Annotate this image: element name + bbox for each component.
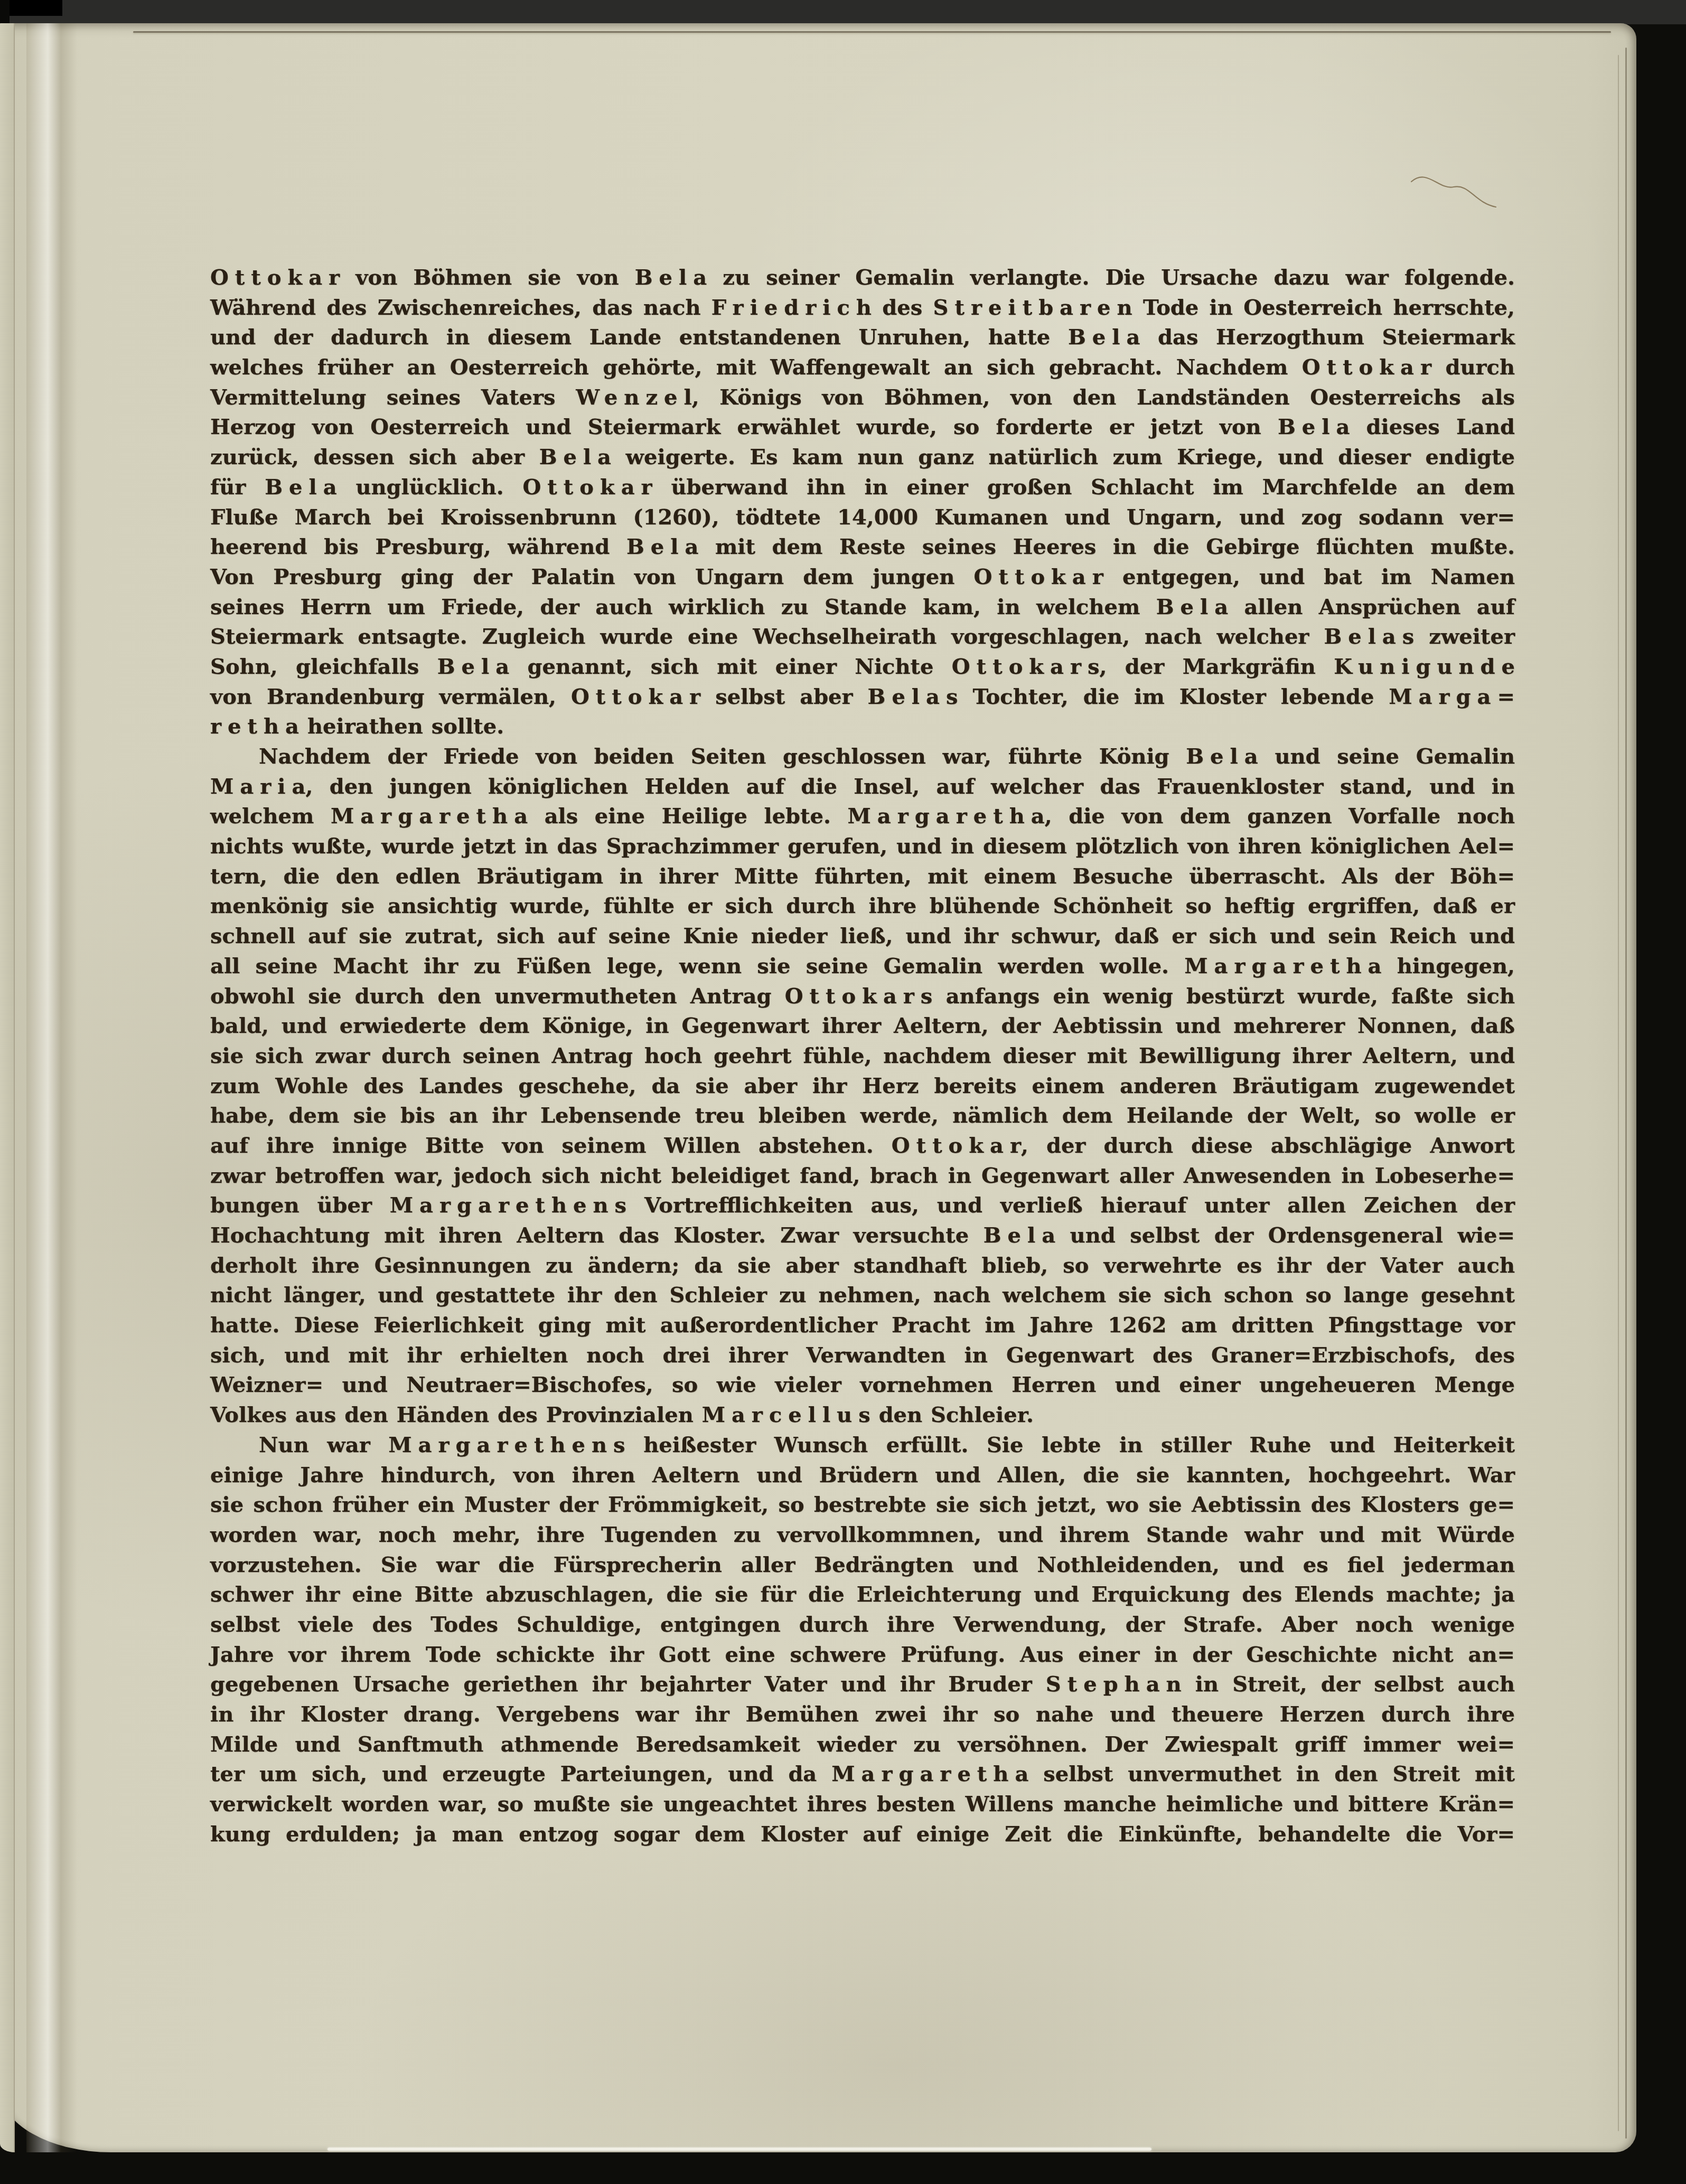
text-line: für Bela unglücklich. Ottokar überwand i… <box>210 473 1515 503</box>
text-line: auf ihre innige Bitte von seinem Willen … <box>210 1131 1515 1161</box>
page-fold-crease <box>26 23 77 2152</box>
text-line: zum Wohle des Landes geschehe, da sie ab… <box>210 1071 1515 1102</box>
text-line: Jahre vor ihrem Tode schickte ihr Gott e… <box>210 1640 1515 1670</box>
text-line: sich, und mit ihr erhielten noch drei ih… <box>210 1341 1515 1371</box>
text-line: habe, dem sie bis an ihr Lebensende treu… <box>210 1101 1515 1131</box>
letterspaced-name: Belas <box>1324 624 1420 649</box>
text-line: nicht länger, und gestattete ihr den Sch… <box>210 1281 1515 1311</box>
letterspaced-name: Margaretha <box>331 804 534 829</box>
book-page: Ottokar von Böhmen sie von Bela zu seine… <box>0 23 1636 2152</box>
letterspaced-name: Ottokar <box>892 1133 1027 1158</box>
letterspaced-name: Ottokar <box>210 265 346 290</box>
letterspaced-name: Bela <box>539 445 617 469</box>
letterspaced-name: Ottokar <box>1302 355 1438 380</box>
letterspaced-name: Margaretha <box>848 804 1051 829</box>
text-line: Vermittelung seines Vaters Wenzel, König… <box>210 383 1515 413</box>
text-line: hatte. Diese Feierlichkeit ging mit auße… <box>210 1311 1515 1341</box>
text-line: ter um sich, und erzeugte Parteiungen, u… <box>210 1759 1515 1790</box>
text-line: Milde und Sanftmuth athmende Beredsamkei… <box>210 1730 1515 1760</box>
text-line: Weizner= und Neutraer=Bischofes, so wie … <box>210 1370 1515 1400</box>
text-line: nichts wußte, wurde jetzt in das Sprachz… <box>210 832 1515 862</box>
letterspaced-name: Kunigunde <box>1334 654 1521 679</box>
letterspaced-name: Margarethens <box>388 1433 631 1457</box>
text-line: bungen über Margarethens Vortrefflichkei… <box>210 1191 1515 1221</box>
text-line: kung erdulden; ja man entzog sogar dem K… <box>210 1820 1515 1850</box>
text-line: tern, die den edlen Bräutigam in ihrer M… <box>210 862 1515 892</box>
text-line: welches früher an Oesterreich gehörte, m… <box>210 353 1515 383</box>
letterspaced-name: Maria <box>210 774 312 799</box>
text-line: Maria, den jungen königlichen Helden auf… <box>210 772 1515 802</box>
letterspaced-name: Bela <box>1278 415 1356 439</box>
text-line: Steiermark entsagte. Zugleich wurde eine… <box>210 622 1515 652</box>
scan-top-band <box>0 0 1686 24</box>
page-top-edge-line <box>133 31 1611 33</box>
text-line: von Brandenburg vermälen, Ottokar selbst… <box>210 682 1515 712</box>
letterspaced-name: Bela <box>635 265 713 290</box>
letterspaced-name: Belas <box>868 684 964 709</box>
text-line: zwar betroffen war, jedoch sich nicht be… <box>210 1161 1515 1191</box>
text-line: sie schon früher ein Muster der Frömmigk… <box>210 1490 1515 1520</box>
text-line: einige Jahre hindurch, von ihren Aeltern… <box>210 1461 1515 1491</box>
page-text: Ottokar von Böhmen sie von Bela zu seine… <box>210 263 1515 1849</box>
letterspaced-name: Bela <box>265 475 343 500</box>
text-line: schwer ihr eine Bitte abzuschlagen, die … <box>210 1580 1515 1610</box>
scanned-book-page-screen: Ottokar von Böhmen sie von Bela zu seine… <box>0 0 1686 2184</box>
page-right-edge-line-outer <box>1625 48 1627 2139</box>
text-line: vorzustehen. Sie war die Fürsprecherin a… <box>210 1550 1515 1580</box>
text-line: seines Herrn um Friede, der auch wirklic… <box>210 592 1515 623</box>
letterspaced-name: retha <box>210 714 305 739</box>
text-line: verwickelt worden war, so mußte sie unge… <box>210 1790 1515 1820</box>
text-line: Nun war Margarethens heißester Wunsch er… <box>210 1430 1515 1461</box>
letterspaced-name: Marga= <box>1389 684 1521 709</box>
text-line: selbst viele des Todes Schuldige, entgin… <box>210 1610 1515 1640</box>
letterspaced-name: Ottokars <box>785 984 939 1009</box>
letterspaced-name: Margaretha <box>1184 954 1388 978</box>
text-line: heerend bis Presburg, während Bela mit d… <box>210 532 1515 562</box>
letterspaced-name: Bela <box>1186 744 1264 769</box>
text-line: welchem Margaretha als eine Heilige lebt… <box>210 802 1515 832</box>
text-line: bald, und erwiederte dem Könige, in Gege… <box>210 1011 1515 1041</box>
letterspaced-name: Ottokar <box>522 475 658 500</box>
letterspaced-name: Bela <box>984 1223 1062 1248</box>
letterspaced-name: Bela <box>437 654 516 679</box>
text-line: all seine Macht ihr zu Füßen lege, wenn … <box>210 952 1515 982</box>
letterspaced-name: Bela <box>1068 325 1146 350</box>
text-line: Fluße March bei Kroissenbrunn (1260), tö… <box>210 503 1515 533</box>
text-line: Ottokar von Böhmen sie von Bela zu seine… <box>210 263 1515 293</box>
text-line: schnell auf sie zutrat, sich auf seine K… <box>210 921 1515 952</box>
text-line: worden war, noch mehr, ihre Tugenden zu … <box>210 1520 1515 1550</box>
text-line: Von Presburg ging der Palatin von Ungarn… <box>210 562 1515 592</box>
text-line: menkönig sie ansichtig wurde, fühlte er … <box>210 891 1515 921</box>
letterspaced-name: Bela <box>626 534 705 559</box>
page-right-edge-line-inner <box>1618 55 1619 2131</box>
letterspaced-name: Margarethens <box>390 1193 633 1218</box>
text-line: und der dadurch in diesem Lande entstand… <box>210 323 1515 353</box>
paper-fiber <box>1405 165 1516 223</box>
letterspaced-name: Marcellus <box>702 1402 877 1427</box>
under-page-edge <box>0 23 15 2152</box>
text-line: Hochachtung mit ihren Aeltern das Kloste… <box>210 1221 1515 1251</box>
letterspaced-name: Wenzel <box>576 385 698 410</box>
text-line: derholt ihre Gesinnungen zu ändern; da s… <box>210 1251 1515 1281</box>
letterspaced-name: Bela <box>1156 595 1234 619</box>
letterspaced-name: Streitbaren <box>933 295 1139 320</box>
text-line: Während des Zwischenreiches, das nach Fr… <box>210 293 1515 323</box>
text-line: Nachdem der Friede von beiden Seiten ges… <box>210 742 1515 772</box>
text-line: retha heirathen sollte. <box>210 712 1515 742</box>
letterspaced-name: Friedrich <box>711 295 878 320</box>
text-line: gegebenen Ursache geriethen ihr bejahrte… <box>210 1670 1515 1700</box>
text-line: zurück, dessen sich aber Bela weigerte. … <box>210 443 1515 473</box>
text-line: Volkes aus den Händen des Provinzialen M… <box>210 1400 1515 1430</box>
letterspaced-name: Stephan <box>1046 1672 1188 1697</box>
page-bottom-edge-highlight <box>327 2148 1151 2151</box>
text-line: obwohl sie durch den unvermutheten Antra… <box>210 982 1515 1012</box>
letterspaced-name: Ottokar <box>974 564 1110 589</box>
letterspaced-name: Margaretha <box>831 1762 1035 1786</box>
text-line: Herzog von Oesterreich und Steiermark er… <box>210 412 1515 443</box>
letterspaced-name: Ottokars <box>952 654 1106 679</box>
text-line: in ihr Kloster drang. Vergebens war ihr … <box>210 1700 1515 1730</box>
letterspaced-name: Ottokar <box>571 684 707 709</box>
text-line: Sohn, gleichfalls Bela genannt, sich mit… <box>210 652 1515 682</box>
text-line: sie sich zwar durch seinen Antrag hoch g… <box>210 1041 1515 1071</box>
